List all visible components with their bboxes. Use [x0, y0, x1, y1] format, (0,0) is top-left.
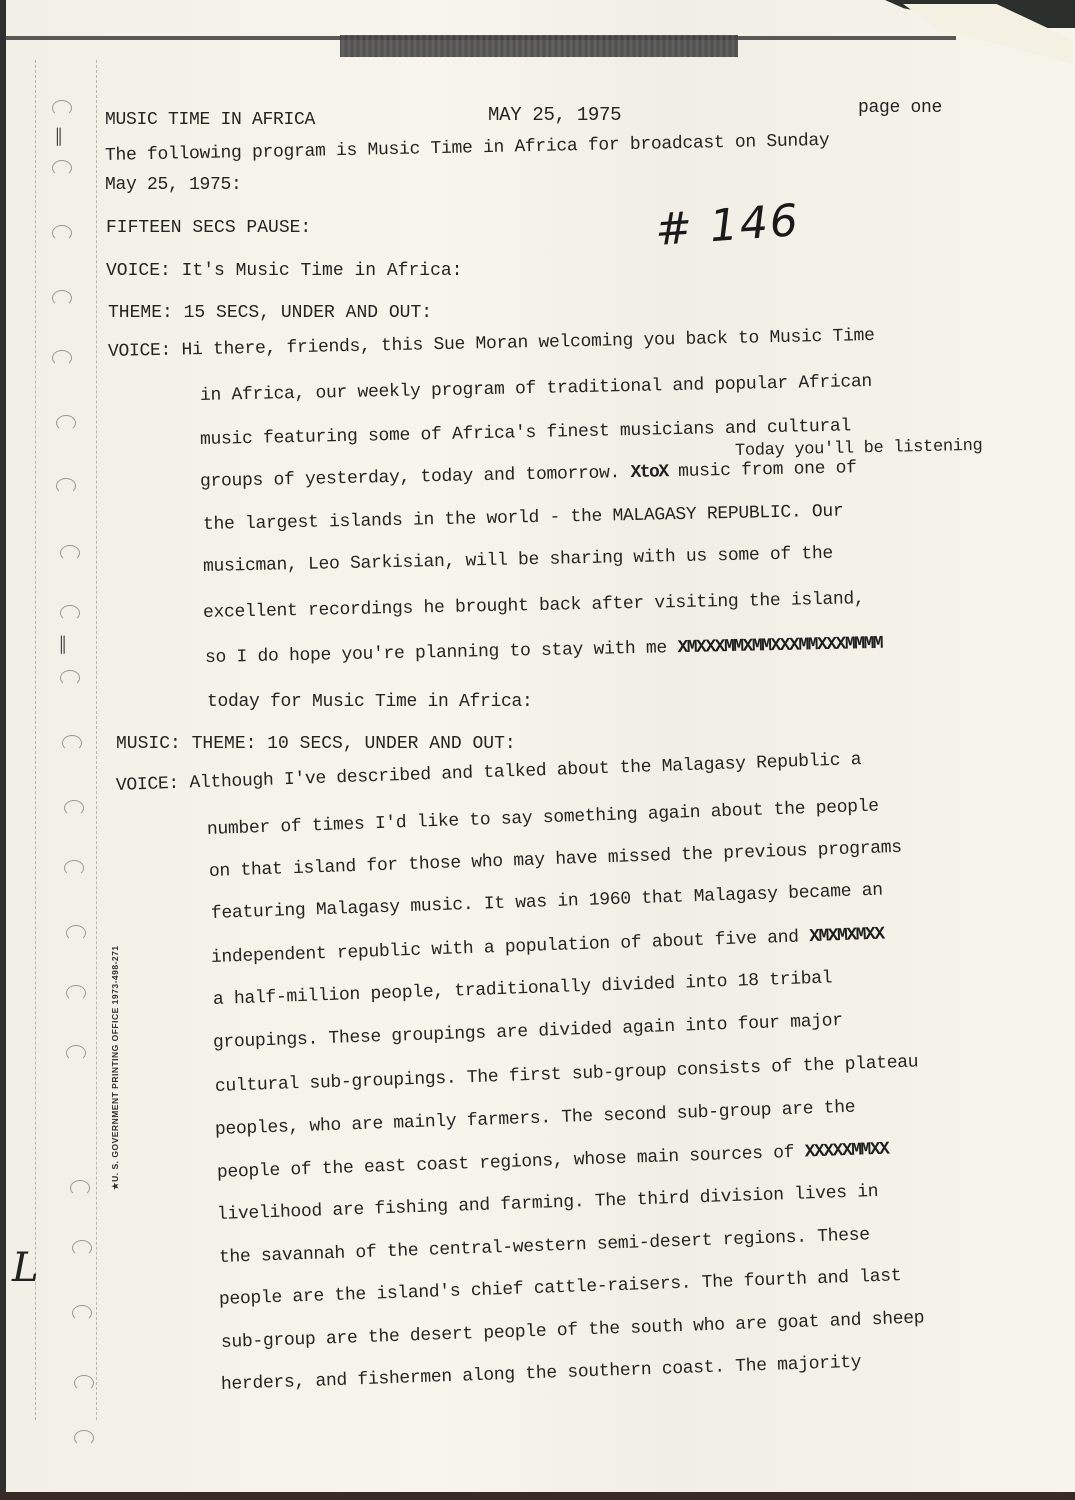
struck-text: XXXXXMMXX	[804, 1140, 888, 1163]
script-line: today for Music Time in Africa:	[207, 692, 533, 712]
punch-hole-icon	[64, 800, 84, 816]
punch-hole-icon	[60, 670, 80, 686]
program-title: MUSIC TIME IN AFRICA	[105, 110, 315, 130]
punch-hole-icon	[72, 1240, 92, 1256]
cue-theme: THEME: 15 SECS, UNDER AND OUT:	[108, 303, 432, 323]
page-label: page one	[858, 98, 942, 118]
struck-text: XtoX	[630, 462, 668, 483]
cue-label: VOICE:	[106, 261, 171, 281]
handwritten-mark: L	[12, 1245, 39, 1291]
cue-text: FIFTEEN SECS PAUSE:	[106, 218, 311, 238]
music-cue: MUSIC: THEME: 10 SECS, UNDER AND OUT:	[116, 734, 516, 754]
punch-hole-icon	[56, 415, 76, 431]
punch-hole-icon	[60, 545, 80, 561]
speaker-label: VOICE:	[108, 341, 171, 362]
punch-hole-icon	[60, 605, 80, 621]
cue-text: 15 SECS, UNDER AND OUT:	[184, 303, 432, 323]
punch-hole-icon	[52, 160, 72, 176]
punch-hole-icon	[70, 1180, 90, 1196]
punch-hole-icon	[72, 1305, 92, 1321]
cue-pause: FIFTEEN SECS PAUSE:	[106, 218, 311, 238]
punch-hole-icon	[52, 225, 72, 241]
margin-tick-mark: ║	[54, 128, 64, 146]
punch-hole-icon	[66, 985, 86, 1001]
cue-label: THEME:	[108, 303, 173, 323]
cue-text: THEME: 10 SECS, UNDER AND OUT:	[192, 734, 516, 754]
cue-voice: VOICE: It's Music Time in Africa:	[106, 261, 462, 281]
struck-text: XMXXXMMXMMXXXMMXXXMMMM	[677, 634, 882, 658]
punch-hole-icon	[56, 478, 76, 494]
margin-tick-mark: ║	[58, 636, 68, 654]
punch-hole-icon	[52, 100, 72, 116]
broadcast-date: MAY 25, 1975	[488, 104, 621, 126]
punch-hole-icon	[66, 925, 86, 941]
scan-bottom-edge	[0, 1492, 1075, 1500]
speaker-label: VOICE:	[116, 774, 180, 796]
punch-hole-icon	[64, 860, 84, 876]
struck-text: XMXMXMXX	[809, 925, 884, 948]
punch-hole-icon	[74, 1430, 94, 1446]
script-line-text: music from one of	[678, 458, 857, 482]
handwritten-program-number: # 146	[653, 195, 801, 256]
punch-hole-icon	[74, 1375, 94, 1391]
cue-text: It's Music Time in Africa:	[182, 261, 463, 281]
intro-line: May 25, 1975:	[105, 175, 242, 195]
printer-imprint: ★U. S. GOVERNMENT PRINTING OFFICE 1973-4…	[110, 945, 121, 1190]
punch-hole-icon	[52, 350, 72, 366]
punch-hole-icon	[66, 1045, 86, 1061]
punch-hole-icon	[52, 290, 72, 306]
top-bar	[340, 35, 738, 57]
punch-hole-icon	[62, 735, 82, 751]
cue-label: MUSIC:	[116, 734, 181, 754]
